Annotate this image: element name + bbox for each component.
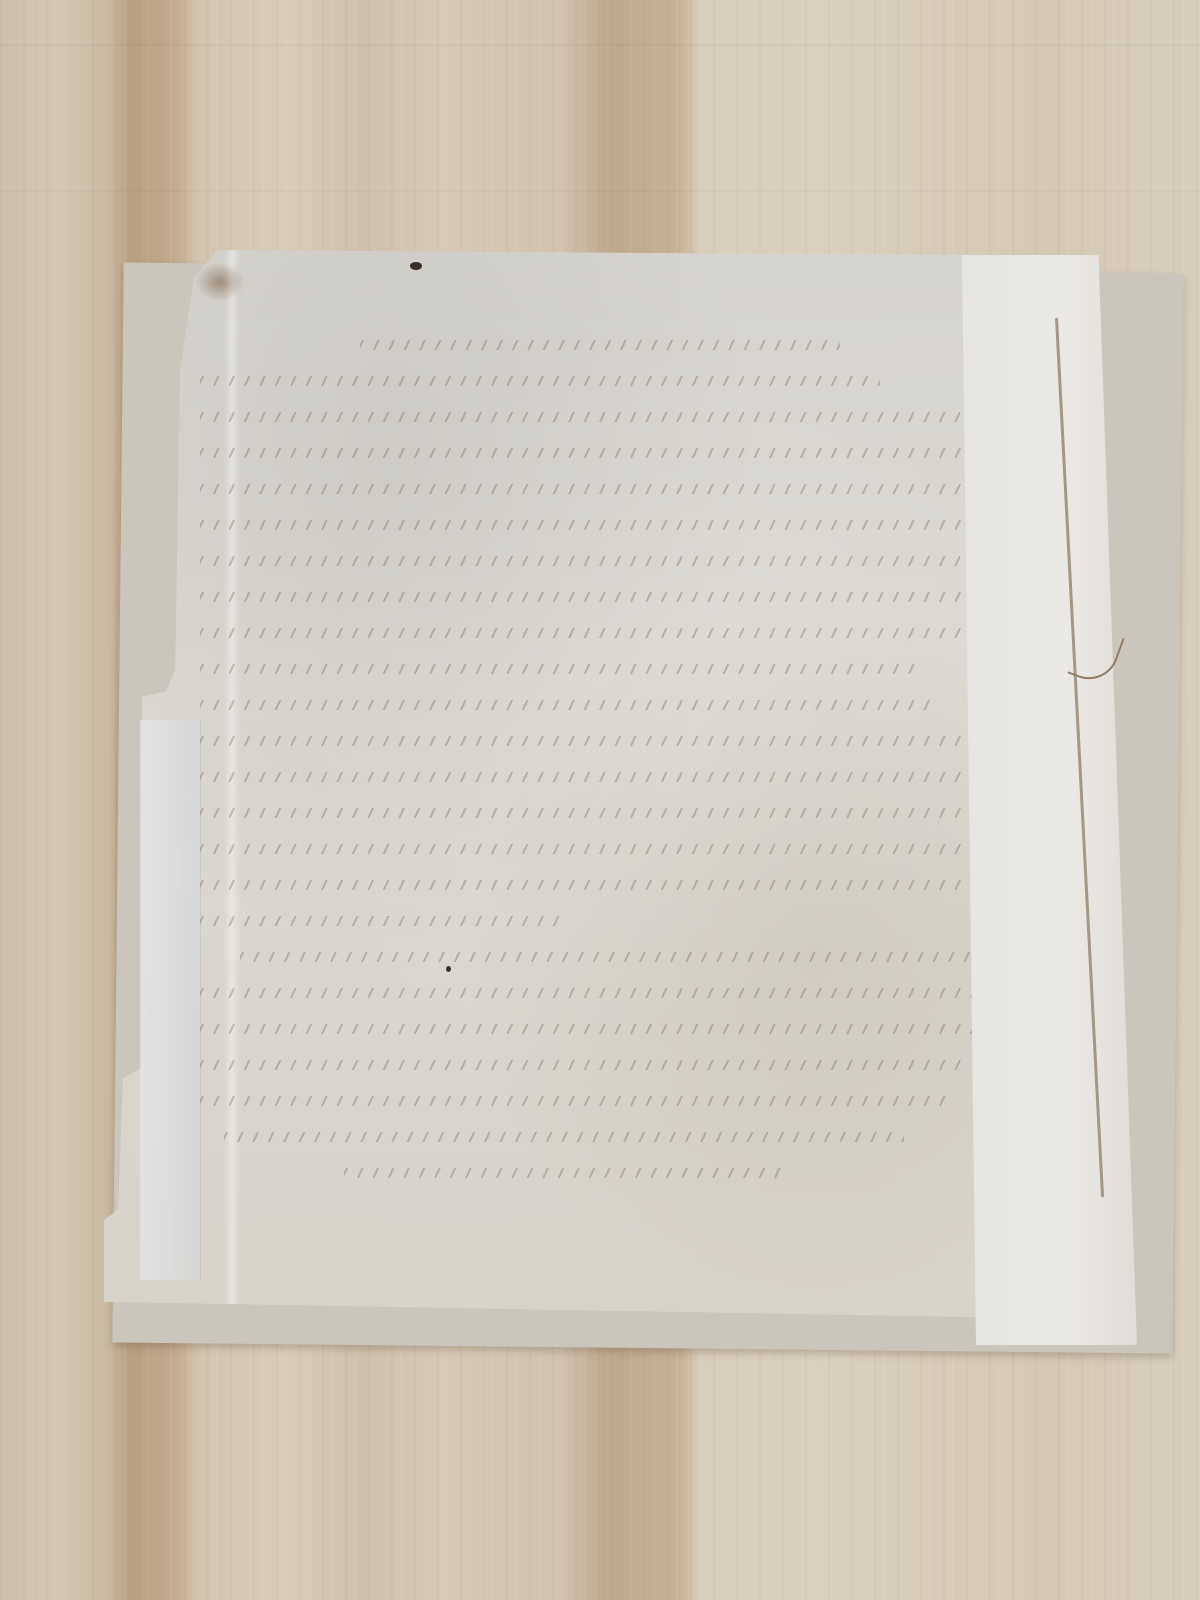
script-line — [200, 798, 968, 826]
ink-blot — [410, 262, 422, 270]
script-line — [200, 402, 960, 430]
corner-stain — [195, 262, 245, 302]
script-line — [200, 438, 984, 466]
repair-tape-left-edge — [140, 720, 201, 1280]
script-line — [200, 726, 976, 754]
script-line — [240, 942, 1000, 970]
handwritten-text-block — [200, 330, 1000, 1194]
script-line — [200, 582, 984, 610]
script-line — [344, 1158, 784, 1186]
script-line — [200, 654, 920, 682]
script-line — [224, 1122, 904, 1150]
script-line — [200, 474, 968, 502]
script-line — [200, 834, 976, 862]
script-line — [200, 510, 976, 538]
script-line — [200, 546, 960, 574]
script-line — [200, 690, 936, 718]
script-line — [200, 1014, 976, 1042]
script-line — [200, 1050, 968, 1078]
script-line — [200, 906, 560, 934]
script-line — [200, 618, 968, 646]
script-line — [200, 762, 984, 790]
ink-blot — [446, 966, 451, 972]
script-line — [360, 330, 840, 358]
script-line — [200, 366, 880, 394]
script-line — [200, 870, 992, 898]
script-line — [200, 1086, 952, 1114]
script-line — [200, 978, 984, 1006]
